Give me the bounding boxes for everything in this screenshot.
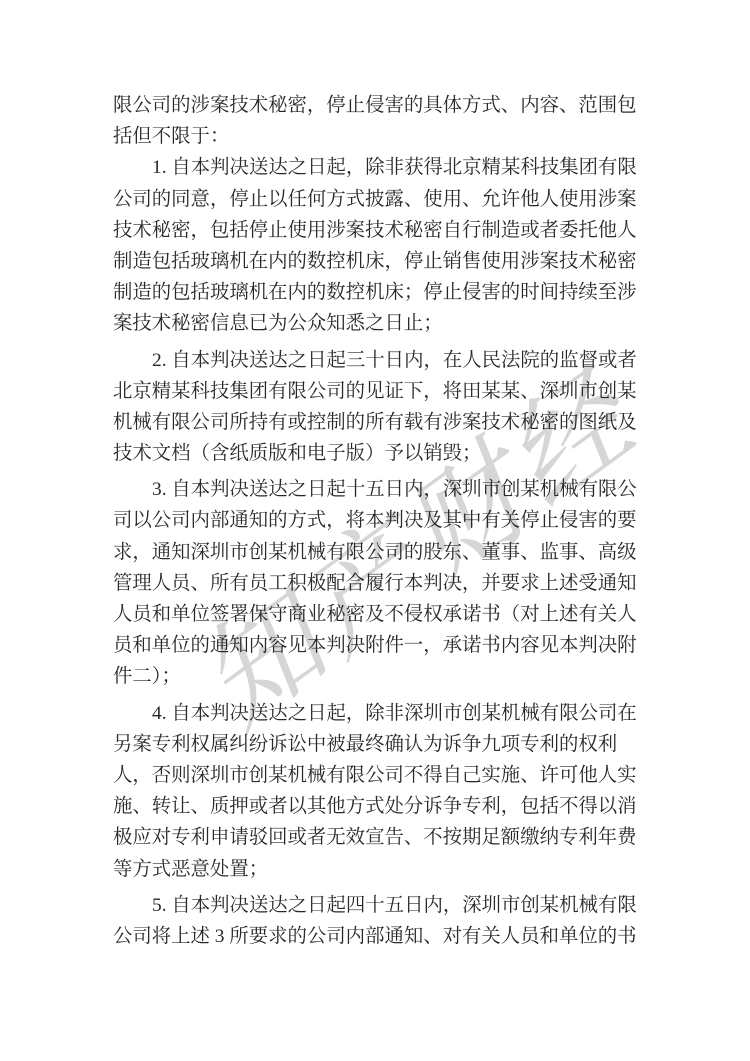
text-line: 极应对专利申请驳回或者无效宣告、不按期足额缴纳专利年费 — [113, 822, 641, 853]
item-4: 4. 自本判决送达之日起，除非深圳市创某机械有限公司在另案专利权属纠纷诉讼中被最… — [113, 698, 641, 885]
item-2: 2. 自本判决送达之日起三十日内，在人民法院的监督或者北京精某科技集团有限公司的… — [113, 345, 641, 470]
text-line: 求，通知深圳市创某机械有限公司的股东、董事、监事、高级 — [113, 537, 641, 568]
judgment-text: 限公司的涉案技术秘密，停止侵害的具体方式、内容、范围包括但不限于：1. 自本判决… — [113, 90, 641, 952]
document-page: 知产财经 限公司的涉案技术秘密，停止侵害的具体方式、内容、范围包括但不限于：1.… — [0, 0, 750, 1061]
text-line: 员和单位的通知内容见本判决附件一，承诺书内容见本判决附 — [113, 630, 641, 661]
text-line: 人，否则深圳市创某机械有限公司不得自己实施、许可他人实 — [113, 760, 641, 791]
text-line: 公司的同意，停止以任何方式披露、使用、允许他人使用涉案 — [113, 184, 641, 215]
text-line: 件二）； — [113, 661, 641, 692]
text-line: 施、转让、质押或者以其他方式处分诉争专利，包括不得以消 — [113, 791, 641, 822]
text-line: 公司将上述 3 所要求的公司内部通知、对有关人员和单位的书 — [113, 921, 641, 952]
text-line: 技术文档（含纸质版和电子版）予以销毁； — [113, 438, 641, 469]
text-line: 案技术秘密信息已为公众知悉之日止； — [113, 308, 641, 339]
text-line: 北京精某科技集团有限公司的见证下，将田某某、深圳市创某 — [113, 376, 641, 407]
text-line: 人员和单位签署保守商业秘密及不侵权承诺书（对上述有关人 — [113, 599, 641, 630]
text-line: 限公司的涉案技术秘密，停止侵害的具体方式、内容、范围包 — [113, 90, 641, 121]
text-line: 括但不限于： — [113, 121, 641, 152]
text-line: 制造包括玻璃机在内的数控机床，停止销售使用涉案技术秘密 — [113, 246, 641, 277]
text-line: 管理人员、所有员工积极配合履行本判决，并要求上述受通知 — [113, 568, 641, 599]
text-line: 另案专利权属纠纷诉讼中被最终确认为诉争九项专利的权利 — [113, 729, 641, 760]
text-line: 技术秘密，包括停止使用涉案技术秘密自行制造或者委托他人 — [113, 215, 641, 246]
text-line: 5. 自本判决送达之日起四十五日内，深圳市创某机械有限 — [113, 890, 641, 921]
text-line: 3. 自本判决送达之日起十五日内，深圳市创某机械有限公 — [113, 474, 641, 505]
text-line: 司以公司内部通知的方式，将本判决及其中有关停止侵害的要 — [113, 505, 641, 536]
text-line: 2. 自本判决送达之日起三十日内，在人民法院的监督或者 — [113, 345, 641, 376]
item-1: 1. 自本判决送达之日起，除非获得北京精某科技集团有限公司的同意，停止以任何方式… — [113, 152, 641, 339]
paragraph-continuation: 限公司的涉案技术秘密，停止侵害的具体方式、内容、范围包括但不限于： — [113, 90, 641, 152]
text-line: 等方式恶意处置； — [113, 854, 641, 885]
text-line: 机械有限公司所持有或控制的所有载有涉案技术秘密的图纸及 — [113, 407, 641, 438]
text-line: 4. 自本判决送达之日起，除非深圳市创某机械有限公司在 — [113, 698, 641, 729]
text-line: 制造的包括玻璃机在内的数控机床；停止侵害的时间持续至涉 — [113, 277, 641, 308]
item-5: 5. 自本判决送达之日起四十五日内，深圳市创某机械有限公司将上述 3 所要求的公… — [113, 890, 641, 952]
text-line: 1. 自本判决送达之日起，除非获得北京精某科技集团有限 — [113, 152, 641, 183]
item-3: 3. 自本判决送达之日起十五日内，深圳市创某机械有限公司以公司内部通知的方式，将… — [113, 474, 641, 692]
